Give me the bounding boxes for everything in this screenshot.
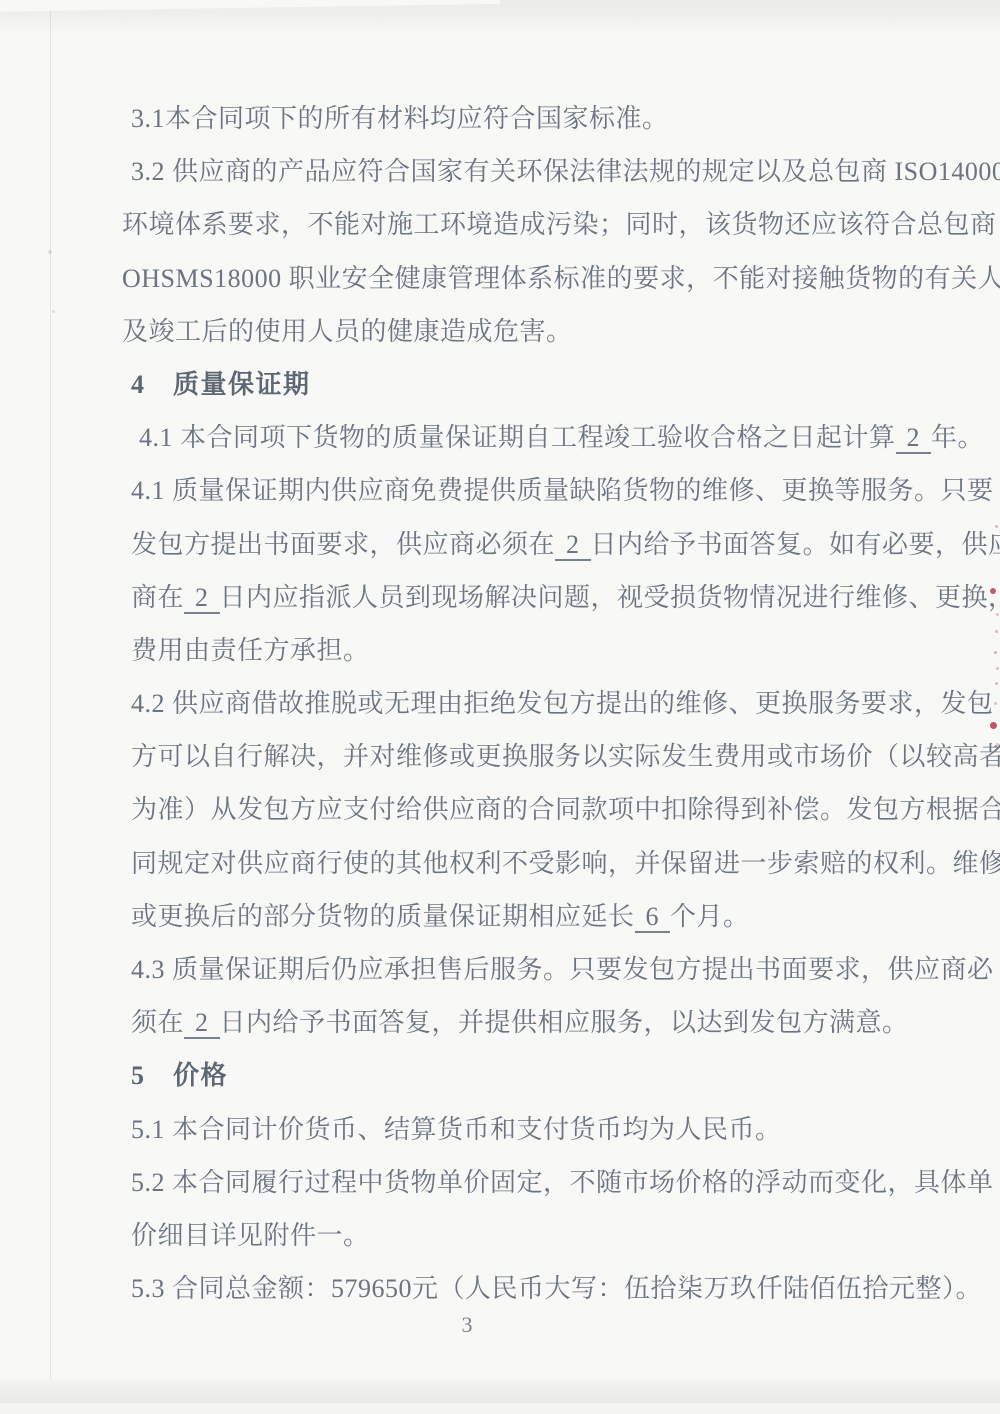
text-line: 环境体系要求，不能对施工环境造成污染；同时，该货物还应该符合总包商	[122, 198, 931, 251]
scanned-contract-page: 3.1本合同项下的所有材料均应符合国家标准。3.2 供应商的产品应符合国家有关环…	[0, 0, 1000, 1414]
text-line: 或更换后的部分货物的质量保证期相应延长6个月。	[131, 890, 931, 943]
text-line: 为准）从发包方应支付给供应商的合同款项中扣除得到补偿。发包方根据合	[131, 783, 931, 836]
text-line: OHSMS18000 职业安全健康管理体系标准的要求，不能对接触货物的有关人员	[122, 252, 931, 305]
red-ink-dot	[990, 588, 996, 594]
red-ink-dot	[995, 630, 998, 633]
underlined-blank-value: 2	[896, 423, 932, 454]
text-line: 发包方提出书面要求，供应商必须在2日内给予书面答复。如有必要，供应	[131, 518, 931, 571]
text-line: 同规定对供应商行使的其他权利不受影响，并保留进一步索赔的权利。维修	[131, 837, 931, 890]
red-ink-dot	[994, 651, 997, 654]
red-ink-dot	[990, 722, 997, 729]
text-line: 3.2 供应商的产品应符合国家有关环保法律法规的规定以及总包商 ISO14000	[131, 145, 931, 198]
contract-text-block: 3.1本合同项下的所有材料均应符合国家标准。3.2 供应商的产品应符合国家有关环…	[131, 92, 931, 1315]
text-line: 3.1本合同项下的所有材料均应符合国家标准。	[131, 92, 931, 145]
red-ink-dot	[994, 702, 997, 705]
text-line: 4.1 质量保证期内供应商免费提供质量缺陷货物的维修、更换等服务。只要	[131, 464, 931, 517]
paper-crease-line	[50, 10, 51, 1394]
red-ink-dot	[995, 682, 998, 685]
scanner-bottom-strip	[0, 1403, 1000, 1414]
text-line: 5.1 本合同计价货币、结算货币和支付货币均为人民币。	[131, 1103, 931, 1156]
page-number: 3	[437, 1310, 497, 1340]
text-line: 价细目详见附件一。	[131, 1209, 931, 1262]
red-ink-dot	[996, 613, 999, 616]
text-line: 4.2 供应商借故推脱或无理由拒绝发包方提出的维修、更换服务要求，发包	[131, 677, 931, 730]
text-line: 方可以自行解决，并对维修或更换服务以实际发生费用或市场价（以较高者	[131, 730, 931, 783]
text-line: 4.3 质量保证期后仍应承担售后服务。只要发包方提出书面要求，供应商必	[131, 943, 931, 996]
text-line: 须在2日内给予书面答复，并提供相应服务，以达到发包方满意。	[131, 996, 931, 1049]
underlined-blank-value: 2	[184, 1008, 220, 1039]
gray-speck	[48, 250, 52, 254]
gray-speck	[52, 310, 55, 313]
red-ink-dot	[996, 667, 999, 670]
text-line: 费用由责任方承担。	[131, 624, 931, 677]
text-line: 商在2日内应指派人员到现场解决问题，视受损货物情况进行维修、更换，	[131, 571, 931, 624]
red-ink-dot	[996, 743, 999, 746]
underlined-blank-value: 2	[184, 583, 220, 614]
text-line: 5.3 合同总金额：579650元（人民币大写：伍拾柒万玖仟陆佰伍拾元整）。	[131, 1262, 931, 1315]
section-heading: 4 质量保证期	[131, 358, 931, 411]
underlined-blank-value: 6	[635, 902, 671, 933]
scanner-bottom-edge-shadow	[0, 1379, 1000, 1403]
text-line: 5.2 本合同履行过程中货物单价固定，不随市场价格的浮动而变化，具体单	[131, 1156, 931, 1209]
text-line: 及竣工后的使用人员的健康造成危害。	[122, 305, 931, 358]
red-ink-dot	[995, 525, 998, 528]
underlined-blank-value: 2	[555, 530, 591, 561]
text-line: 4.1 本合同项下货物的质量保证期自工程竣工验收合格之日起计算2年。	[131, 411, 931, 464]
section-heading: 5 价格	[131, 1049, 931, 1102]
